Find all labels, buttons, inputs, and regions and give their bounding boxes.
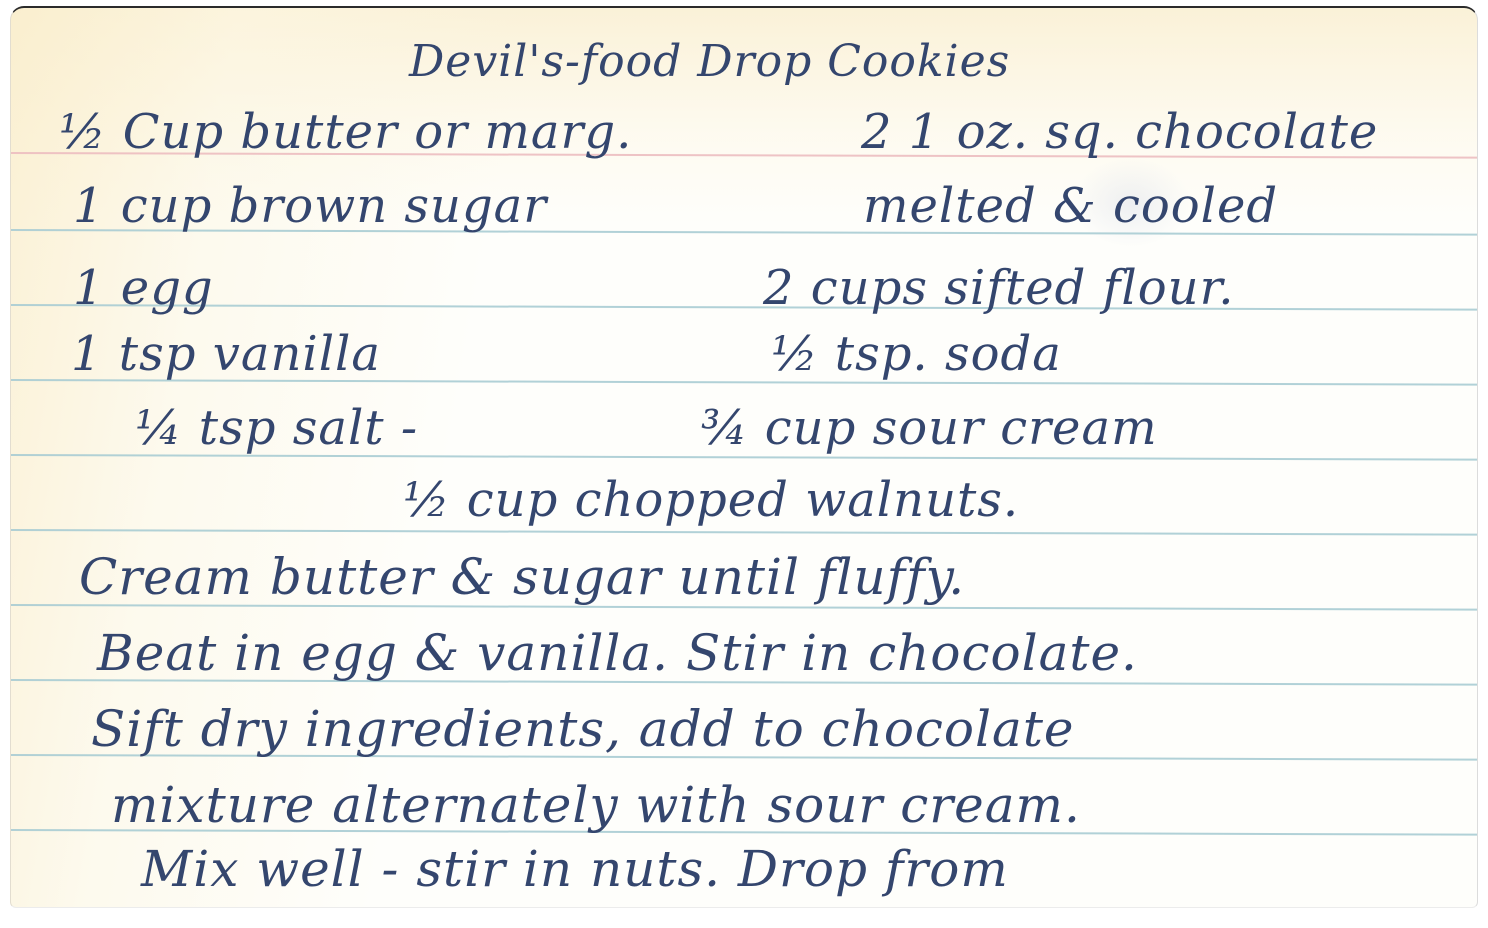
recipe-card: Devil's-food Drop Cookies ½ Cup butter o…	[10, 6, 1478, 908]
ingredient-egg: 1 egg	[73, 264, 214, 312]
direction-line: mixture alternately with sour cream.	[111, 780, 1081, 830]
direction-line: Mix well - stir in nuts. Drop from	[141, 844, 1009, 894]
direction-line: Sift dry ingredients, add to chocolate	[91, 704, 1075, 754]
ingredient-brown-sugar: 1 cup brown sugar	[73, 182, 547, 230]
ingredient-walnuts: ½ cup chopped walnuts.	[403, 476, 1019, 524]
direction-line: Cream butter & sugar until fluffy.	[79, 552, 965, 602]
ingredient-chocolate: 2 1 oz. sq. chocolate	[861, 108, 1378, 156]
ingredient-flour: 2 cups sifted flour.	[763, 264, 1235, 312]
direction-line: Beat in egg & vanilla. Stir in chocolate…	[97, 628, 1138, 678]
ingredient-soda: ½ tsp. soda	[771, 330, 1062, 378]
ruled-line	[11, 529, 1477, 536]
ingredient-butter: ½ Cup butter or marg.	[59, 108, 632, 156]
ruled-line	[11, 304, 1477, 311]
ingredient-sour-cream: ¾ cup sour cream	[701, 404, 1158, 452]
ingredient-salt: ¼ tsp salt -	[135, 404, 418, 452]
ingredient-chocolate-note: melted & cooled	[863, 182, 1278, 230]
recipe-title: Devil's-food Drop Cookies	[409, 40, 1010, 84]
ingredient-vanilla: 1 tsp vanilla	[71, 330, 381, 378]
